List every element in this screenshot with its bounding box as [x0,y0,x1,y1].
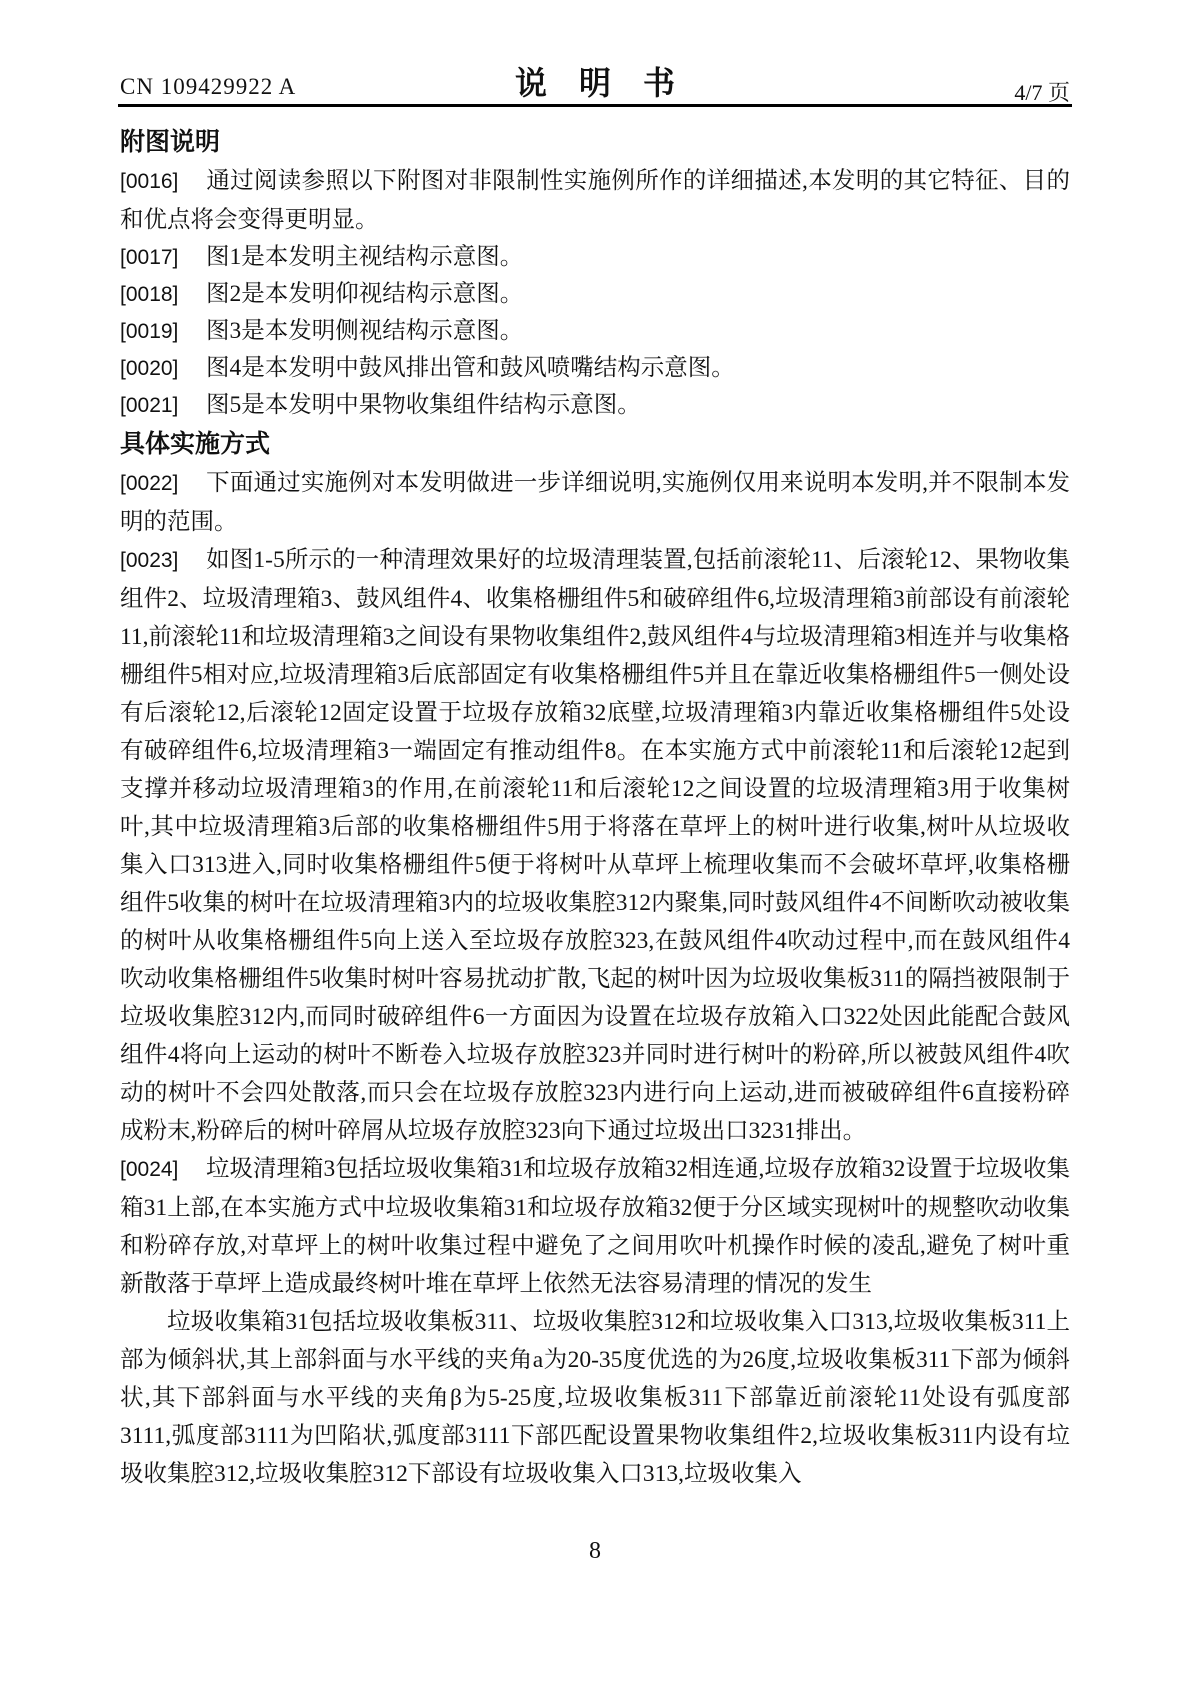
page-number: 8 [589,1538,601,1564]
patent-specification-page: CN 109429922 A 说 明 书 4/7 页 附图说明 [0016]通过… [0,0,1190,1684]
paragraph-text: 图4是本发明中鼓风排出管和鼓风喷嘴结构示意图。 [206,355,735,381]
paragraph-text: 图2是本发明仰视结构示意图。 [206,281,523,307]
paragraph-number: [0020] [120,351,206,387]
paragraph-0020: [0020]图4是本发明中鼓风排出管和鼓风喷嘴结构示意图。 [120,350,1070,387]
paragraph-0022: [0022]下面通过实施例对本发明做进一步详细说明,实施例仅用来说明本发明,并不… [120,464,1070,541]
paragraph-0018: [0018]图2是本发明仰视结构示意图。 [120,276,1070,313]
paragraph-0021: [0021]图5是本发明中果物收集组件结构示意图。 [120,387,1070,424]
section-heading-detailed-embodiments: 具体实施方式 [120,424,1070,464]
paragraph-number: [0017] [120,240,206,276]
paragraph-0016: [0016]通过阅读参照以下附图对非限制性实施例所作的详细描述,本发明的其它特征… [120,162,1070,239]
paragraph-text: 垃圾收集箱31包括垃圾收集板311、垃圾收集腔312和垃圾收集入口313,垃圾收… [120,1309,1070,1487]
paragraph-0023: [0023]如图1-5所示的一种清理效果好的垃圾清理装置,包括前滚轮11、后滚轮… [120,541,1070,1150]
header-divider [118,104,1072,107]
paragraph-number: [0016] [120,163,206,201]
paragraph-unnumbered: 垃圾收集箱31包括垃圾收集板311、垃圾收集腔312和垃圾收集入口313,垃圾收… [120,1303,1070,1493]
paragraph-number: [0021] [120,388,206,424]
paragraph-number: [0024] [120,1151,206,1189]
page-indicator: 4/7 页 [1014,76,1070,107]
document-title: 说 明 书 [0,58,1190,104]
paragraph-0019: [0019]图3是本发明侧视结构示意图。 [120,313,1070,350]
paragraph-text: 图3是本发明侧视结构示意图。 [206,318,523,344]
paragraph-number: [0023] [120,542,206,580]
section-heading-figure-description: 附图说明 [120,122,1070,162]
page-footer: 8 [0,1538,1190,1565]
paragraph-text: 如图1-5所示的一种清理效果好的垃圾清理装置,包括前滚轮11、后滚轮12、果物收… [120,547,1070,1144]
specification-body: 附图说明 [0016]通过阅读参照以下附图对非限制性实施例所作的详细描述,本发明… [120,122,1070,1493]
paragraph-0024: [0024]垃圾清理箱3包括垃圾收集箱31和垃圾存放箱32相连通,垃圾存放箱32… [120,1150,1070,1303]
paragraph-text: 垃圾清理箱3包括垃圾收集箱31和垃圾存放箱32相连通,垃圾存放箱32设置于垃圾收… [120,1156,1070,1297]
paragraph-0017: [0017]图1是本发明主视结构示意图。 [120,239,1070,276]
paragraph-number: [0019] [120,314,206,350]
paragraph-text: 图5是本发明中果物收集组件结构示意图。 [206,392,641,418]
paragraph-text: 图1是本发明主视结构示意图。 [206,244,523,270]
paragraph-text: 下面通过实施例对本发明做进一步详细说明,实施例仅用来说明本发明,并不限制本发明的… [120,470,1070,535]
paragraph-text: 通过阅读参照以下附图对非限制性实施例所作的详细描述,本发明的其它特征、目的和优点… [120,168,1070,233]
paragraph-number: [0022] [120,465,206,503]
paragraph-number: [0018] [120,277,206,313]
